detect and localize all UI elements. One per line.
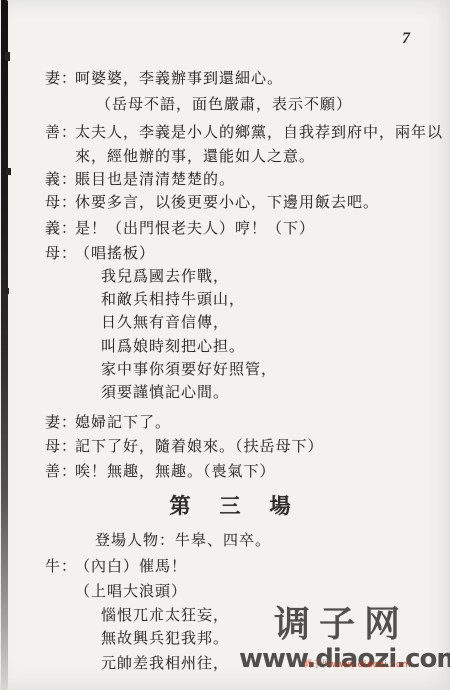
scene-title: 第 三 場 <box>0 490 450 520</box>
script-line: 善：太夫人，李義是小人的鄉黨，自我荐到府中，兩年以 <box>45 124 443 143</box>
line-text: （唱搖板） <box>75 246 155 262</box>
script-line: 牛：（內白）催馬！ <box>45 558 187 577</box>
script-line: 母：（唱搖板） <box>45 245 155 264</box>
line-text: 太夫人，李義是小人的鄉黨，自我荐到府中，兩年以 <box>75 125 443 141</box>
script-line: 妻：媳婦記下了。 <box>45 414 171 433</box>
scanned-page: 7 妻：呵婆婆，李義辦事到還細心。 （岳母不語，面色嚴肅，表示不願） 善：太夫人… <box>0 0 450 690</box>
verse-line: 須要謹慎記心間。 <box>101 384 229 403</box>
line-text: （內白）催馬！ <box>75 559 187 575</box>
speaker-label: 妻： <box>45 70 75 89</box>
watermark-red-fragment: 调子网www.diaozi.com <box>303 661 411 670</box>
speaker-label: 牛： <box>45 558 75 577</box>
line-text: 記下了好，隨着娘來。（扶岳母下） <box>75 439 324 455</box>
verse-line: 元帥差我相州往， <box>101 655 229 674</box>
stage-direction: （上唱大浪頭） <box>75 583 187 602</box>
page-number: 7 <box>402 30 410 48</box>
script-line: 母：記下了好，隨着娘來。（扶岳母下） <box>45 438 324 457</box>
line-text: 是！（出門恨老夫人）哼！（下） <box>75 221 315 237</box>
line-text: 呵婆婆，李義辦事到還細心。 <box>75 71 283 87</box>
line-text: 唉！無趣，無趣。（喪氣下） <box>75 464 276 480</box>
script-line: 義：賬目也是清清楚楚的。 <box>45 171 235 190</box>
verse-line: 日久無有音信傳， <box>101 314 229 333</box>
verse-line: 叫爲娘時刻把心担。 <box>101 338 245 357</box>
speaker-label: 妻： <box>45 414 75 433</box>
verse-line: 家中事你須要好好照管， <box>101 361 277 380</box>
speaker-label: 義： <box>45 220 75 239</box>
line-text: 休要多言，以後更要小心，下邊用飯去吧。 <box>75 195 379 211</box>
scan-smudge <box>5 52 10 61</box>
scan-smudge <box>5 288 9 294</box>
script-line: 義：是！（出門恨老夫人）哼！（下） <box>45 220 315 239</box>
verse-line: 和敵兵相持牛頭山， <box>101 291 245 310</box>
line-text: 媳婦記下了。 <box>75 415 171 431</box>
speaker-label: 母： <box>45 245 75 264</box>
verse-line: 無故興兵犯我邦。 <box>101 630 229 649</box>
speaker-label: 母： <box>45 438 75 457</box>
verse-line: 我兒爲國去作戰， <box>101 268 229 287</box>
watermark-site-name: 调子网 <box>274 607 409 643</box>
line-continuation: 來，經他辦的事，還能如人之意。 <box>75 148 315 167</box>
script-line: 善：唉！無趣，無趣。（喪氣下） <box>45 463 276 482</box>
speaker-label: 義： <box>45 171 75 190</box>
speaker-label: 善： <box>45 463 75 482</box>
cast-list: 登場人物：牛皋、四卒。 <box>95 532 271 551</box>
verse-line: 惱恨兀朮太狂妄， <box>101 607 229 626</box>
stage-direction: （岳母不語，面色嚴肅，表示不願） <box>96 96 352 115</box>
speaker-label: 母： <box>45 194 75 213</box>
speaker-label: 善： <box>45 124 75 143</box>
scan-smudge <box>6 168 11 175</box>
line-text: 賬目也是清清楚楚的。 <box>75 172 235 188</box>
script-line: 母：休要多言，以後更要小心，下邊用飯去吧。 <box>45 194 379 213</box>
book-spine-edge <box>1 0 8 690</box>
script-line: 妻：呵婆婆，李義辦事到還細心。 <box>45 70 283 89</box>
